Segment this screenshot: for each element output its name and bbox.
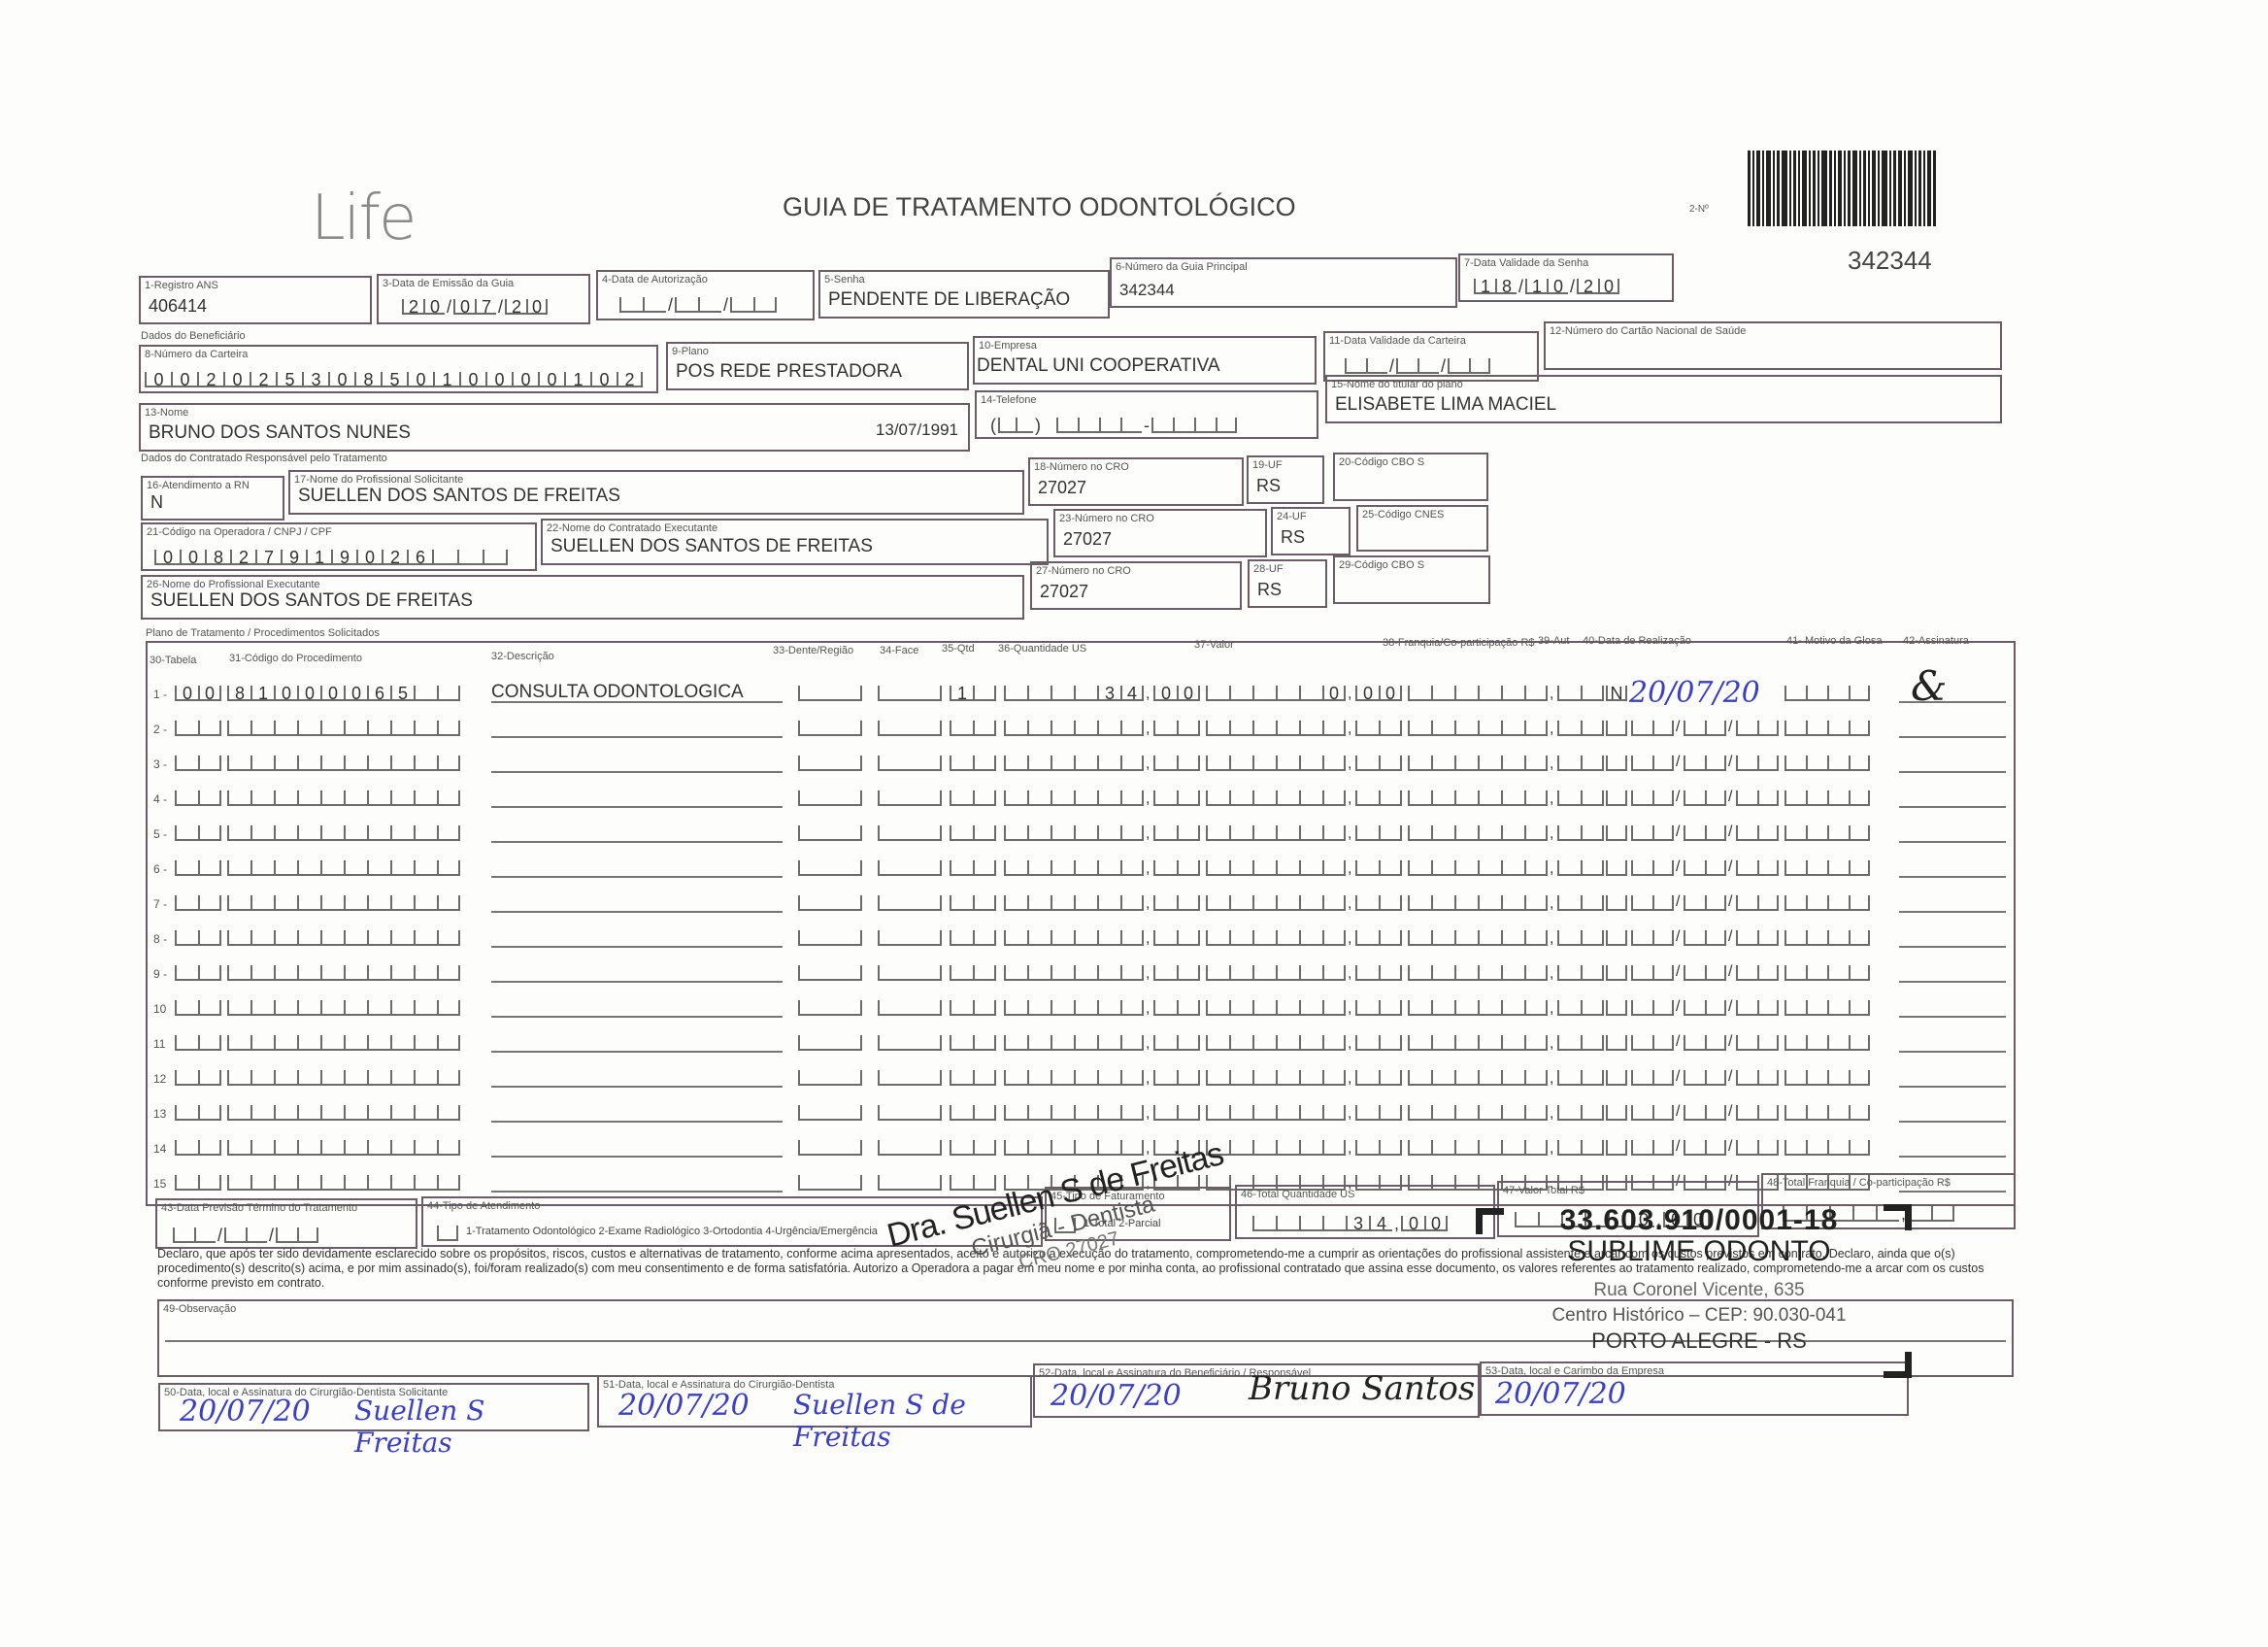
section-contratado: Dados do Contratado Responsável pelo Tra… bbox=[141, 453, 387, 464]
senha-value: PENDENTE DE LIBERAÇÃO bbox=[828, 289, 1070, 311]
row-number: 7 - bbox=[153, 897, 167, 911]
field-uf-24[interactable]: 24-UF RS bbox=[1271, 507, 1351, 555]
field-assinatura-52[interactable]: 52-Data, local e Assinatura do Beneficiá… bbox=[1033, 1363, 1480, 1418]
row-number: 8 - bbox=[153, 932, 167, 946]
signature-52-date: 20/07/20 bbox=[1051, 1379, 1182, 1413]
field-profissional-executante[interactable]: 26-Nome do Profissional Executante SUELL… bbox=[141, 575, 1024, 620]
field-plano[interactable]: 9-Plano POS REDE PRESTADORA bbox=[666, 342, 969, 390]
procedures-header: 30-Tabela 31-Código do Procedimento 32-D… bbox=[146, 645, 2016, 664]
barcode-icon bbox=[1748, 151, 1938, 226]
field-cro-18[interactable]: 18-Número no CRO 27027 bbox=[1028, 457, 1244, 506]
field-validade-senha[interactable]: 7-Data Validade da Senha 18 / 10 / 20 bbox=[1458, 253, 1674, 302]
procedure-row[interactable]: 11,,,// bbox=[146, 1029, 2016, 1059]
row-number: 13 bbox=[153, 1107, 166, 1121]
field-telefone[interactable]: 14-Telefone () - bbox=[975, 390, 1318, 439]
field-codigo-operadora[interactable]: 21-Código na Operadora / CNPJ / CPF 0082… bbox=[141, 522, 537, 571]
procedure-row[interactable]: 4 -,,,// bbox=[146, 785, 2016, 814]
row-number: 15 bbox=[153, 1177, 166, 1191]
field-titular[interactable]: 15-Nome do titular do plano ELISABETE LI… bbox=[1325, 375, 2002, 423]
company-district: Centro Histórico – CEP: 90.030-041 bbox=[1476, 1305, 1922, 1327]
field-assinatura-50[interactable]: 50-Data, local e Assinatura do Cirurgião… bbox=[158, 1383, 589, 1431]
field-cro-27[interactable]: 27-Número no CRO 27027 bbox=[1030, 561, 1242, 610]
field-atendimento-rn[interactable]: 16-Atendimento a RN N bbox=[141, 476, 284, 521]
guide-number-label: 2-Nº bbox=[1689, 204, 1709, 215]
field-uf-28[interactable]: 28-UF RS bbox=[1248, 559, 1327, 608]
procedure-row[interactable]: 3 -,,,// bbox=[146, 750, 2016, 779]
row-number: 12 bbox=[153, 1072, 166, 1086]
row-number: 10 bbox=[153, 1002, 166, 1016]
realization-date: 20/07/20 bbox=[1629, 676, 1760, 710]
company-cnpj: 33.603.910/0001-18 bbox=[1476, 1204, 1922, 1237]
guide-number: 342344 bbox=[1848, 246, 1932, 276]
field-previsao-termino[interactable]: 43-Data Previsão Término do Tratamento /… bbox=[155, 1198, 417, 1249]
field-cbo-20[interactable]: 20-Código CBO S bbox=[1333, 453, 1488, 501]
signature-53-date: 20/07/20 bbox=[1495, 1377, 1626, 1411]
field-nome[interactable]: 13-Nome BRUNO DOS SANTOS NUNES 13/07/199… bbox=[139, 403, 970, 452]
signature-51-date: 20/07/20 bbox=[618, 1389, 750, 1423]
field-cbo-29[interactable]: 29-Código CBO S bbox=[1333, 555, 1490, 604]
field-carimbo-53[interactable]: 53-Data, local e Carimbo da Empresa 20/0… bbox=[1480, 1361, 1909, 1416]
stamp-bracket-bottom-right bbox=[1884, 1352, 1912, 1378]
company-stamp: 33.603.910/0001-18 SUBLIME ODONTO Rua Co… bbox=[1476, 1204, 1922, 1354]
signature-50-date: 20/07/20 bbox=[180, 1395, 311, 1429]
field-data-emissao[interactable]: 3-Data de Emissão da Guia 20 / 07 / 20 bbox=[377, 274, 590, 324]
procedure-row[interactable]: 8 -,,,// bbox=[146, 924, 2016, 954]
procedure-row[interactable]: 9 -,,,// bbox=[146, 959, 2016, 989]
field-cartao-nacional[interactable]: 12-Número do Cartão Nacional de Saúde bbox=[1544, 321, 2002, 370]
row-number: 1 - bbox=[153, 688, 167, 701]
procedure-row[interactable]: 5 -,,,// bbox=[146, 820, 2016, 849]
signature-51: Suellen S de Freitas bbox=[793, 1389, 1030, 1453]
field-profissional-solicitante[interactable]: 17-Nome do Profissional Solicitante SUEL… bbox=[288, 470, 1024, 515]
field-senha[interactable]: 5-Senha PENDENTE DE LIBERAÇÃO bbox=[818, 270, 1110, 319]
company-address: Rua Coronel Vicente, 635 bbox=[1476, 1280, 1922, 1301]
procedure-row[interactable]: 7 -,,,// bbox=[146, 890, 2016, 919]
stamp-bracket-top-right bbox=[1884, 1204, 1912, 1230]
row-number: 4 - bbox=[153, 792, 167, 806]
field-contratado-executante[interactable]: 22-Nome do Contratado Executante SUELLEN… bbox=[541, 519, 1049, 565]
field-assinatura-51[interactable]: 51-Data, local e Assinatura do Cirurgião… bbox=[597, 1375, 1032, 1428]
guia-principal-value: 342344 bbox=[1119, 281, 1175, 300]
row-number: 5 - bbox=[153, 827, 167, 841]
field-numero-carteira[interactable]: 8-Número da Carteira 0020253085010000102 bbox=[139, 345, 658, 393]
field-data-autorizacao[interactable]: 4-Data de Autorização / / bbox=[596, 270, 815, 320]
row-number: 6 - bbox=[153, 862, 167, 876]
field-total-qtd-us[interactable]: 46-Total Quantidade US 34,00 34,00 bbox=[1235, 1185, 1495, 1239]
procedure-row[interactable]: 14,,,// bbox=[146, 1134, 2016, 1163]
section-procedimentos: Plano de Tratamento / Procedimentos Soli… bbox=[146, 627, 380, 639]
section-beneficiario: Dados do Beneficiário bbox=[141, 330, 246, 342]
signature-50: Suellen S Freitas bbox=[354, 1395, 587, 1459]
stamp-bracket-top-left bbox=[1476, 1208, 1504, 1234]
field-uf-19[interactable]: 19-UF RS bbox=[1247, 455, 1324, 504]
field-cnes-25[interactable]: 25-Código CNES bbox=[1356, 505, 1488, 552]
row-number: 3 - bbox=[153, 757, 167, 771]
procedure-row[interactable]: 13,,,// bbox=[146, 1099, 2016, 1128]
form-title: GUIA DE TRATAMENTO ODONTOLÓGICO bbox=[783, 192, 1296, 222]
field-guia-principal[interactable]: 6-Número da Guia Principal 342344 bbox=[1110, 257, 1457, 308]
company-city: PORTO ALEGRE - RS bbox=[1476, 1328, 1922, 1354]
registro-ans-value: 406414 bbox=[149, 296, 207, 317]
procedure-row[interactable]: 1 -0081000065CONSULTA ODONTOLOGICA134,00… bbox=[146, 680, 2016, 709]
row-number: 9 - bbox=[153, 967, 167, 981]
procedure-description: CONSULTA ODONTOLOGICA bbox=[491, 682, 744, 703]
row-number: 14 bbox=[153, 1142, 166, 1156]
field-empresa[interactable]: 10-Empresa DENTAL UNI COOPERATIVA bbox=[973, 336, 1317, 385]
procedure-row[interactable]: 12,,,// bbox=[146, 1064, 2016, 1093]
signature-42: & bbox=[1911, 662, 1947, 710]
field-registro-ans[interactable]: 1-Registro ANS 406414 bbox=[139, 276, 372, 324]
procedure-row[interactable]: 6 -,,,// bbox=[146, 855, 2016, 884]
signature-52: Bruno Santos bbox=[1249, 1369, 1475, 1408]
row-number: 11 bbox=[153, 1037, 165, 1051]
procedure-row[interactable]: 10,,,// bbox=[146, 994, 2016, 1024]
field-cro-23[interactable]: 23-Número no CRO 27027 bbox=[1053, 509, 1267, 557]
row-number: 2 - bbox=[153, 723, 167, 736]
birth-date: 13/07/1991 bbox=[876, 420, 958, 440]
logo: Life bbox=[311, 183, 415, 254]
company-name: SUBLIME ODONTO bbox=[1476, 1235, 1922, 1268]
procedure-row[interactable]: 2 -,,,// bbox=[146, 715, 2016, 744]
